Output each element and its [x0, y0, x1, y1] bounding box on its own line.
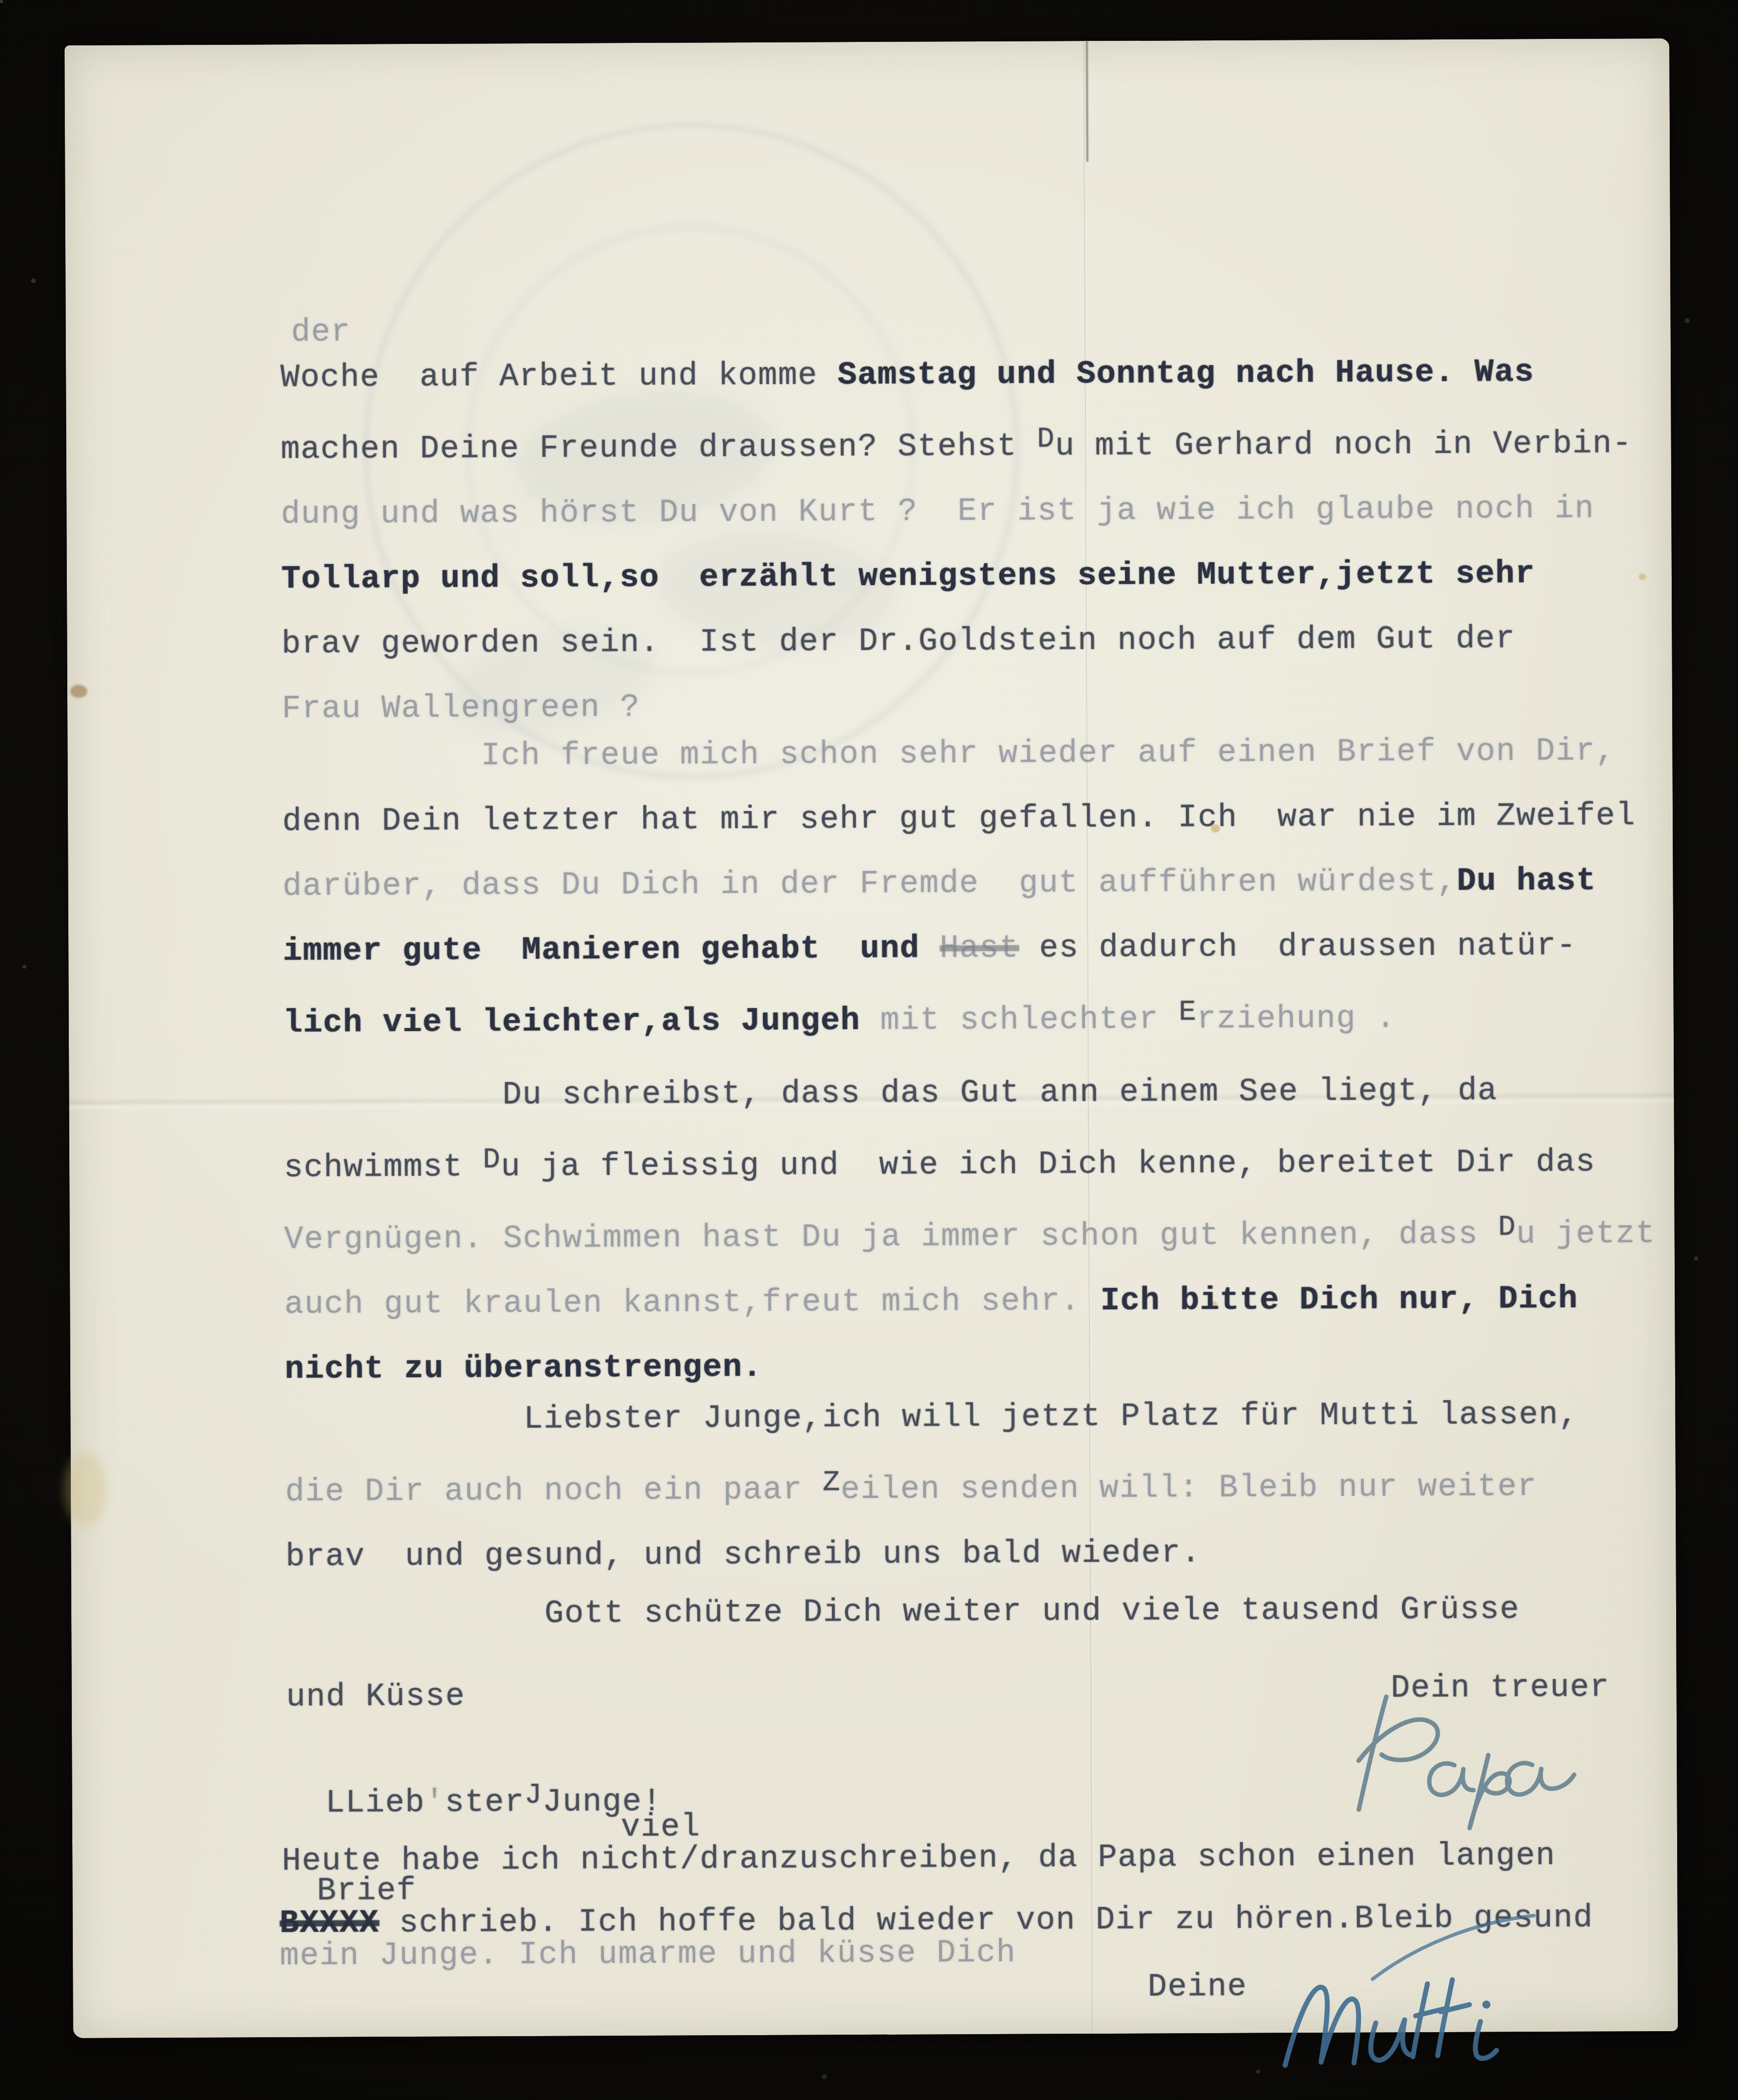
typed-line: mein Junge. Ich umarme und küsse Dich: [280, 1934, 1016, 1975]
typed-line: Tollarp und soll,so erzählt wenigstens s…: [281, 541, 1633, 612]
typed-line: machen Deine Freunde draussen? Stehst Du…: [280, 405, 1632, 482]
typed-line: immer gute Manieren gehabt und Hast es d…: [283, 913, 1636, 984]
typed-line: lich viel leichter,als Jungeh mit schlec…: [283, 978, 1637, 1056]
typed-line: Heute habe ich nicht/dranzuschreiben, da…: [282, 1837, 1555, 1881]
scanned-letter-scene: der Woche auf Arbeit und komme Samstag u…: [0, 0, 1738, 2100]
typed-line: die Dir auch noch ein paar Zeilen senden…: [285, 1448, 1579, 1525]
typed-line: und Küsse: [286, 1678, 465, 1717]
typed-line: Du schreibst, dass das Gut ann einem See…: [283, 1058, 1655, 1129]
paragraph-4: Liebster Junge,ich will jetzt Platz für …: [285, 1383, 1579, 1590]
signature-papa: Papa: [1339, 1684, 1618, 1830]
postscript-line-3: mein Junge. Ich umarme und küsse Dich: [280, 1934, 1016, 1975]
typed-line: darüber, dass Du Dich in der Fremde gut …: [282, 848, 1636, 919]
typed-line: Ich freue mich schon sehr wieder auf ein…: [282, 719, 1635, 790]
scan-dust-specks: [0, 0, 3, 3]
closing-left: und Küsse: [286, 1678, 465, 1717]
typed-line: schwimmst Du ja fleissig und wie ich Dic…: [284, 1123, 1656, 1201]
paper-stain: [1639, 573, 1646, 580]
vertical-fold-crease-top: [1086, 41, 1088, 162]
postscript-line-1: Heute habe ich nicht/dranzuschreiben, da…: [282, 1837, 1555, 1881]
paragraph-5: Gott schütze Dich weiter und viele tause…: [286, 1577, 1520, 1648]
postscript-salutation: LLieb'sterJJunge!: [325, 1776, 662, 1823]
typed-line: Liebster Junge,ich will jetzt Platz für …: [285, 1383, 1578, 1453]
typed-line: denn Dein letzter hat mir sehr gut gefal…: [282, 784, 1636, 854]
paragraph-1: Woche auf Arbeit und komme Samstag und S…: [280, 340, 1633, 742]
typed-line: LLieb'sterJJunge!: [325, 1776, 662, 1823]
typed-line: brav geworden sein. Ist der Dr.Goldstein…: [281, 606, 1633, 677]
letter-page: der Woche auf Arbeit und komme Samstag u…: [64, 38, 1678, 2038]
typed-line: auch gut kraulen kannst,freut mich sehr.…: [284, 1266, 1656, 1337]
signature-mutti: Mutti: [1225, 1904, 1555, 2081]
typed-line: Gott schütze Dich weiter und viele tause…: [286, 1577, 1520, 1648]
paper-stain: [70, 685, 87, 698]
typed-line: Vergnügen. Schwimmen hast Du ja immer sc…: [284, 1195, 1656, 1272]
typed-line: dung und was hörst Du von Kurt ? Er ist …: [281, 476, 1633, 547]
typed-line: Woche auf Arbeit und komme Samstag und S…: [280, 340, 1632, 411]
paragraph-2: Ich freue mich schon sehr wieder auf ein…: [282, 719, 1636, 1056]
paper-stain: [64, 1452, 107, 1527]
paragraph-3: Du schreibst, dass das Gut ann einem See…: [283, 1058, 1656, 1402]
